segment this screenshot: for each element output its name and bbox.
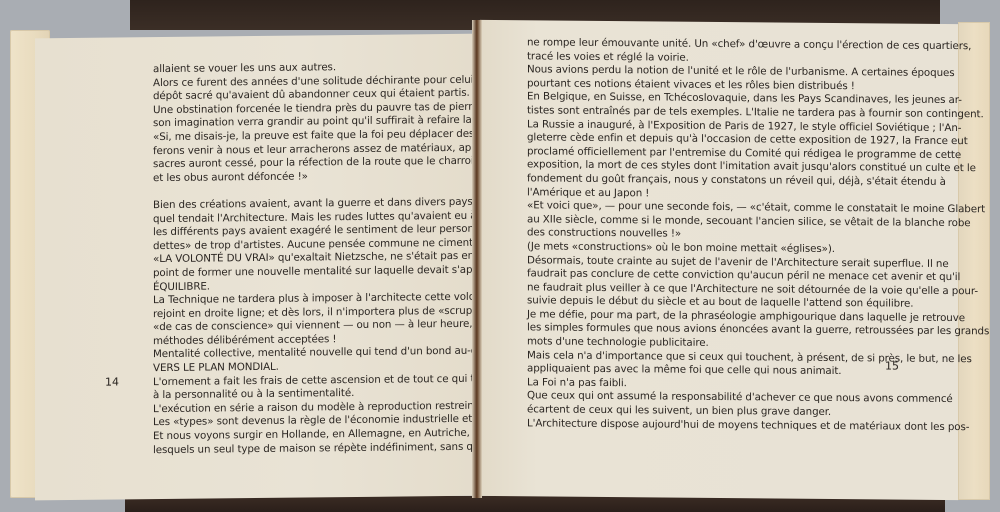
text-line: lesquels un seul type de maison se répèt… [153,440,513,457]
right-page-number: 15 [885,359,899,372]
left-page-number: 14 [105,375,119,388]
left-page: allaient se vouer les uns aux autres.Alo… [35,34,480,501]
right-page-text: ne rompe leur émouvante unité. Un «chef»… [527,36,897,433]
left-page-text: allaient se vouer les uns aux autres.Alo… [153,59,513,457]
right-page: ne rompe leur émouvante unité. Un «chef»… [480,20,958,500]
book-gutter [472,20,482,498]
text-line: L'Architecture dispose aujourd'hui de mo… [527,417,897,434]
